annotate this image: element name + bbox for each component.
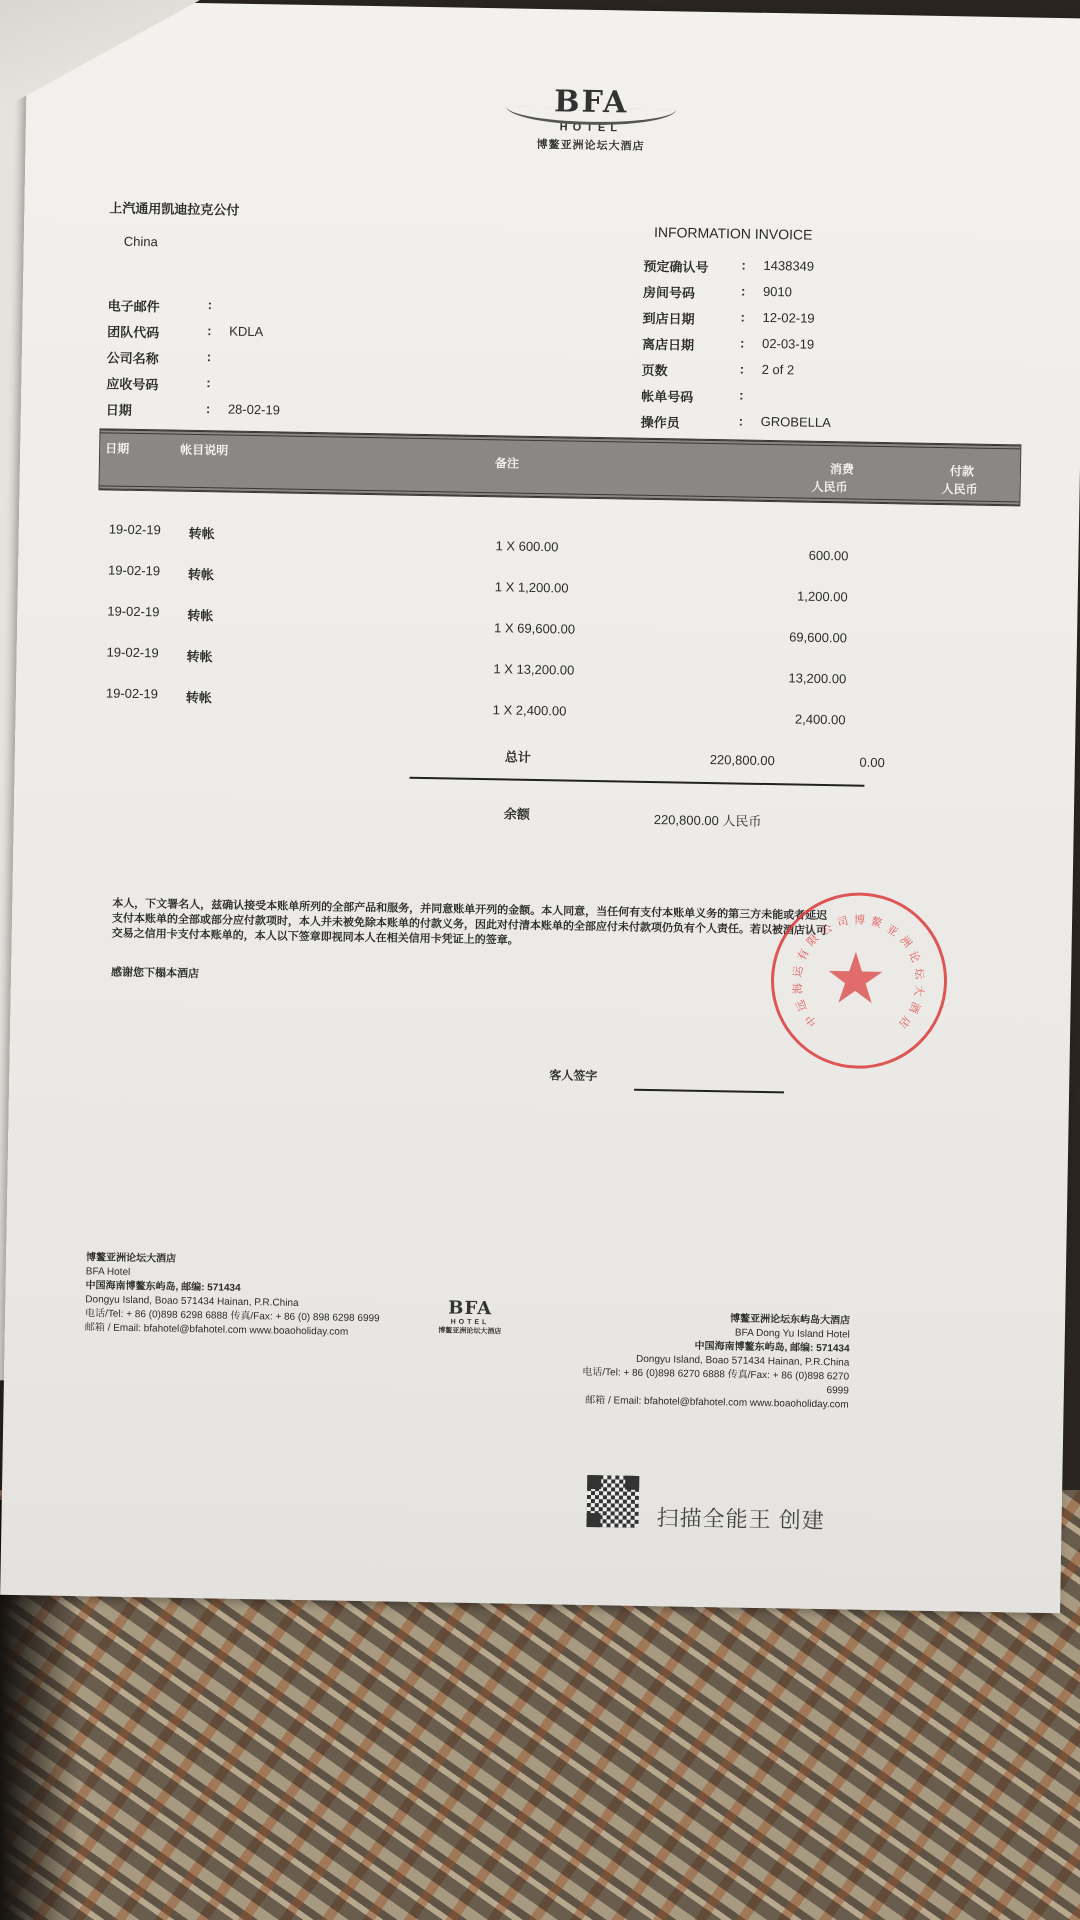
logo-chinese-name: 博鳌亚洲论坛大酒店 [505, 135, 675, 154]
field-bill-number: 帐单号码: [641, 386, 761, 407]
header-charges-currency: 人民币 [811, 478, 847, 496]
table-row: 19-02-19 转帐 1 X 2,400.00 2,400.00 [106, 685, 866, 698]
invoice-title: INFORMATION INVOICE [654, 224, 813, 243]
bill-to-country: China [124, 234, 158, 250]
table-row: 19-02-19 转帐 1 X 600.00 600.00 [109, 521, 869, 534]
hotel-logo: BFA HOTEL 博鳌亚洲论坛大酒店 [505, 86, 676, 154]
field-operator: 操作员:GROBELLA [641, 412, 831, 434]
field-date: 日期:28-02-19 [106, 399, 280, 421]
total-payments: 0.00 [835, 754, 885, 770]
table-row: 19-02-19 转帐 1 X 69,600.00 69,600.00 [107, 603, 867, 616]
header-charges: 消费 [830, 460, 854, 477]
table-header: 日期 帐目说明 备注 消费 人民币 付款 人民币 [99, 429, 1020, 505]
invoice-page: BFA HOTEL 博鳌亚洲论坛大酒店 上汽通用凯迪拉克公付 China 电子邮… [0, 0, 1080, 1613]
total-charges: 220,800.00 [655, 751, 775, 768]
field-receivable-number: 应收号码: [106, 373, 228, 394]
signature-label: 客人签字 [549, 1066, 597, 1084]
qr-code-icon [586, 1475, 639, 1528]
field-arrival-date: 到店日期:12-02-19 [642, 308, 814, 330]
field-page-count: 页数:2 of 2 [641, 360, 794, 382]
thanks-text: 感谢您下榻本酒店 [111, 964, 199, 982]
footer-left-address: 博鳌亚洲论坛大酒店 BFA Hotel 中国海南博鳌东屿岛, 邮编: 57143… [85, 1251, 381, 1340]
field-email: 电子邮件: [108, 295, 230, 316]
footer-right-address: 博鳌亚洲论坛东屿岛大酒店 BFA Dong Yu Island Hotel 中国… [559, 1309, 851, 1412]
header-date: 日期 [105, 439, 129, 456]
header-description: 帐目说明 [180, 441, 228, 459]
field-company-name: 公司名称: [107, 347, 229, 368]
table-row: 19-02-19 转帐 1 X 1,200.00 1,200.00 [108, 562, 868, 575]
field-room-number: 房间号码:9010 [643, 282, 792, 304]
balance-label: 余额 [504, 803, 530, 822]
bill-to-company: 上汽通用凯迪拉克公付 [109, 197, 239, 218]
header-payments-currency: 人民币 [941, 480, 977, 498]
footer-logo: BFA HOTEL 博鳌亚洲论坛大酒店 [420, 1297, 521, 1337]
scanner-watermark: 扫描全能王 创建 [656, 1501, 825, 1535]
field-group-code: 团队代码:KDLA [107, 321, 263, 343]
total-label: 总计 [505, 746, 531, 765]
header-payments: 付款 [950, 462, 974, 479]
terms-text: 本人，下文署名人，兹确认接受本账单所列的全部产品和服务，并同意账单开列的金额。本… [112, 897, 833, 955]
header-notes: 备注 [495, 454, 519, 471]
balance-amount: 220,800.00 人民币 [654, 809, 814, 831]
table-row: 19-02-19 转帐 1 X 13,200.00 13,200.00 [107, 644, 867, 657]
field-confirmation-number: 预定确认号:1438349 [643, 256, 814, 278]
total-divider [409, 777, 864, 787]
signature-line[interactable] [634, 1089, 784, 1094]
company-seal: 中远海运有限公司博鳌亚洲论坛大酒店 ★ [769, 891, 948, 1070]
field-departure-date: 离店日期:02-03-19 [642, 334, 814, 356]
star-icon: ★ [823, 943, 887, 1014]
